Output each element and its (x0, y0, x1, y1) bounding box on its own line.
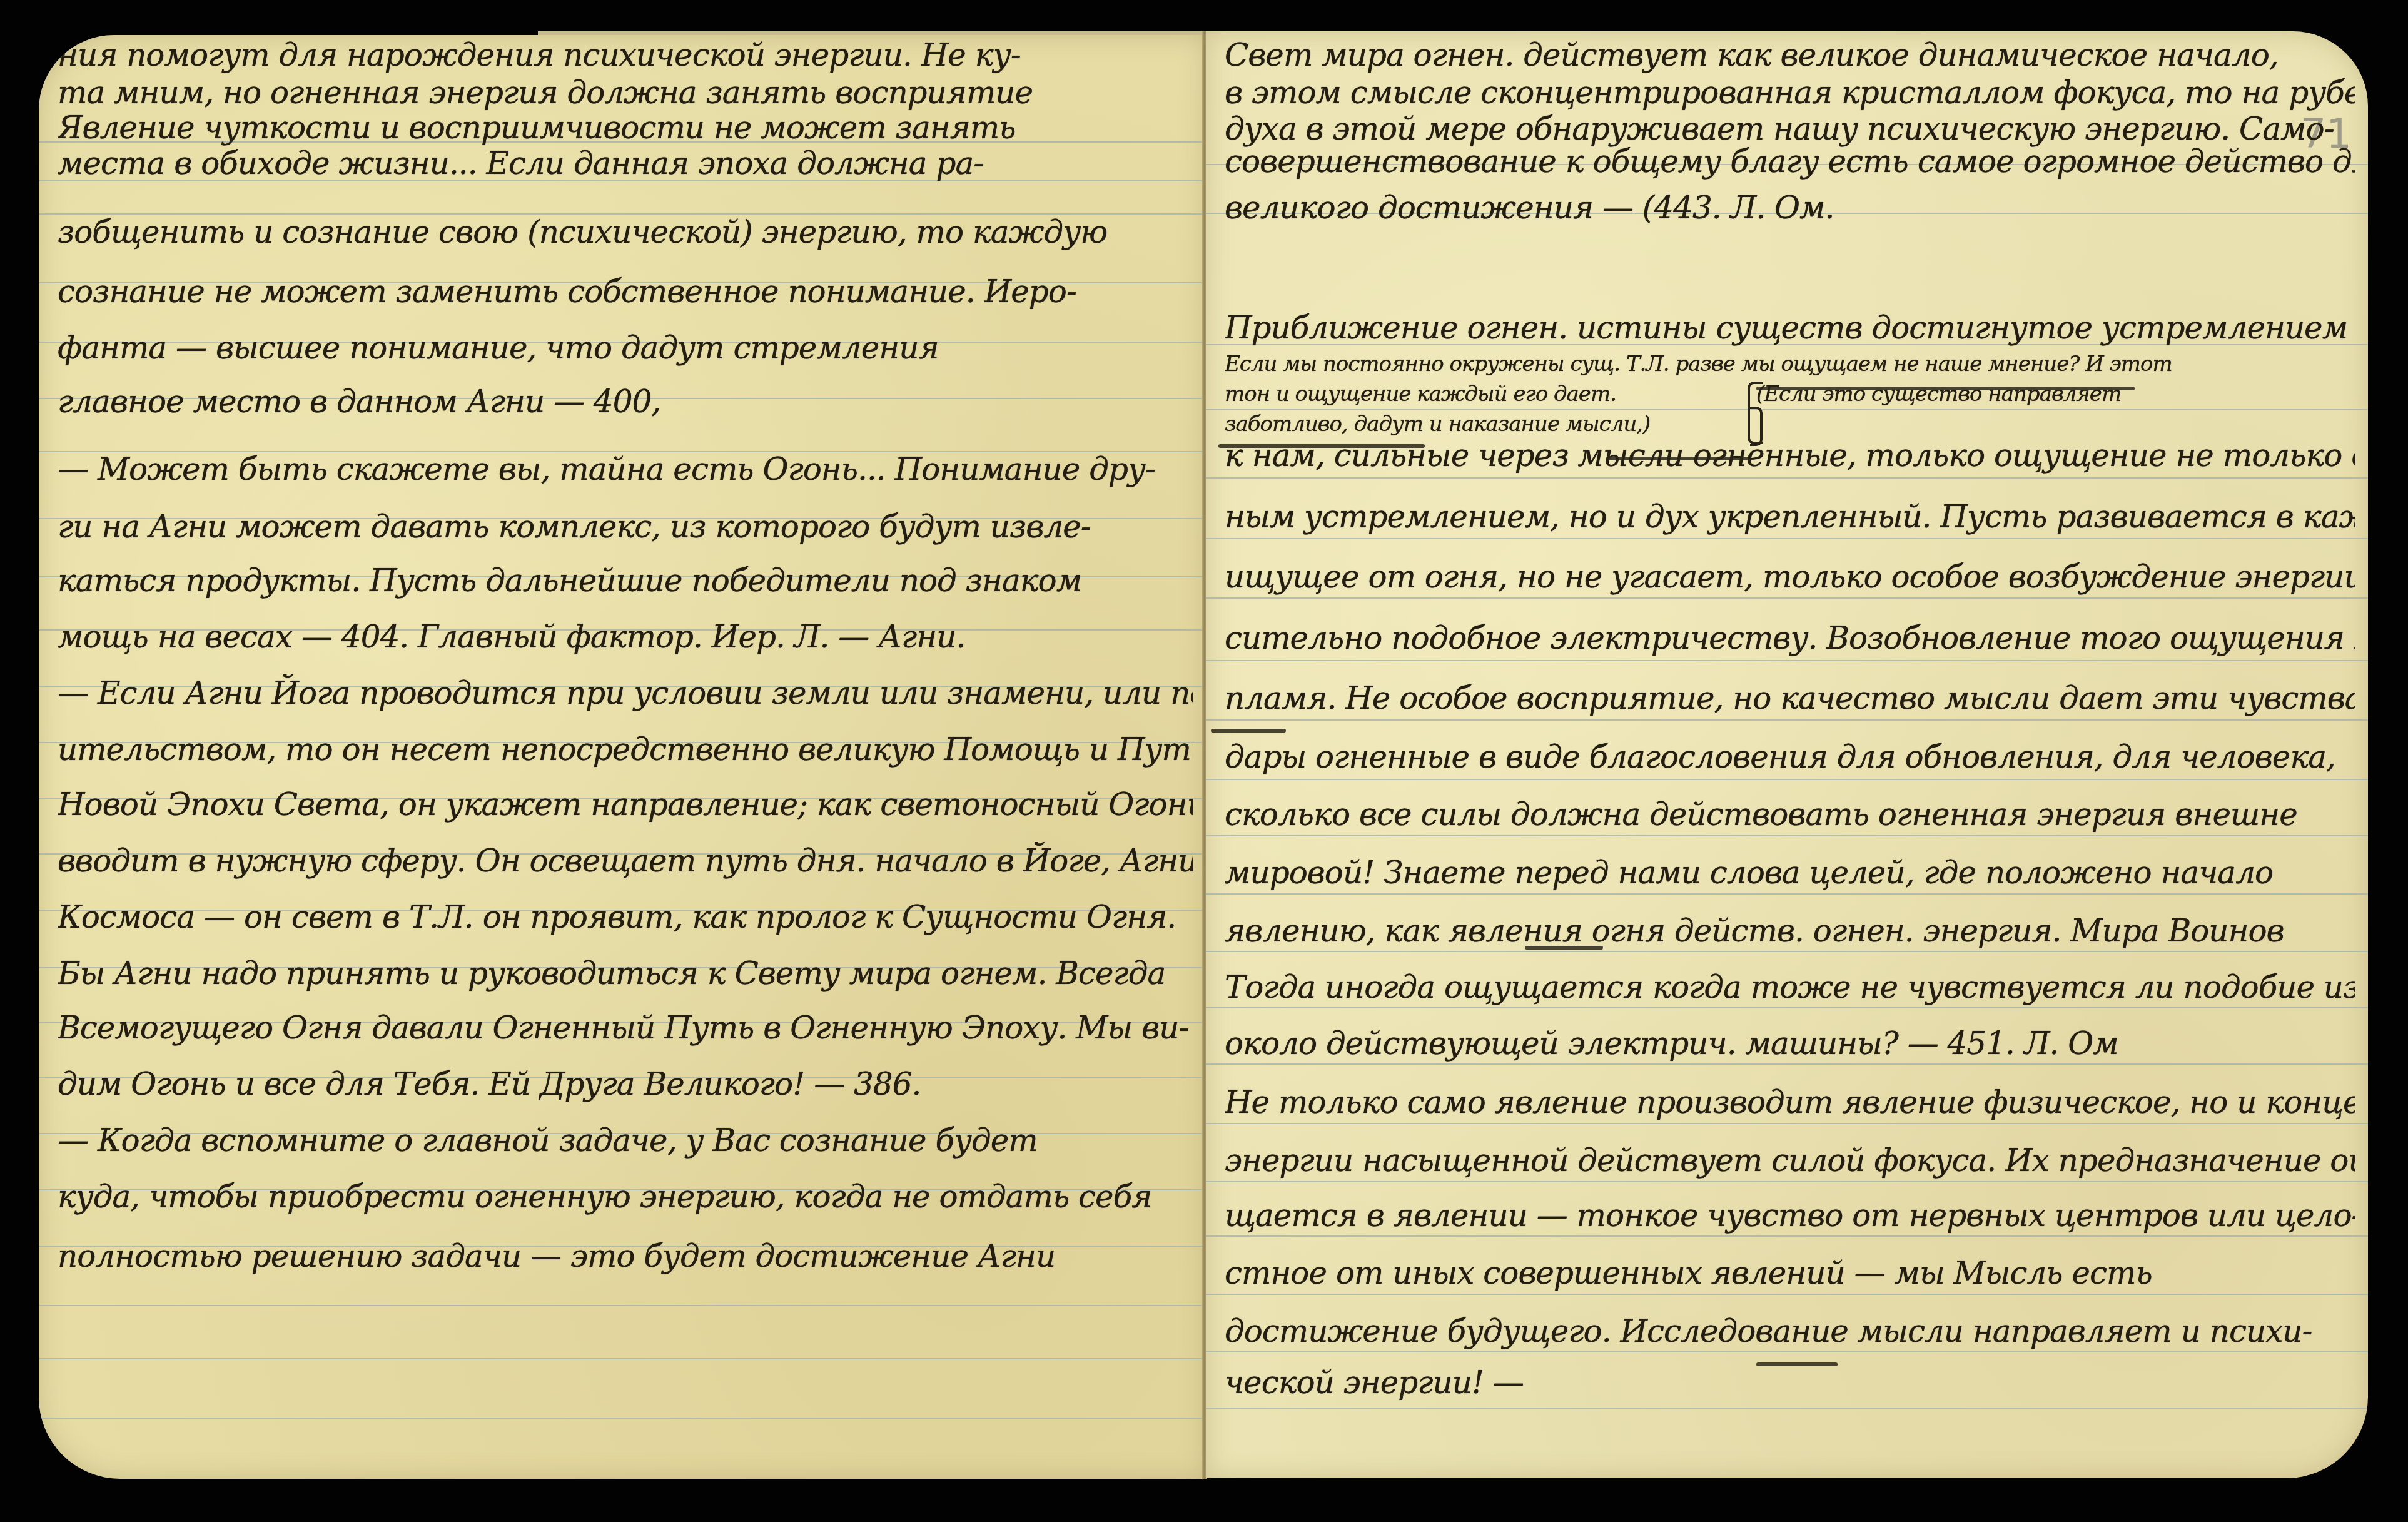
rule-line (1206, 719, 2368, 721)
rule-line (39, 1358, 1206, 1359)
text-line: Бы Агни надо принять и руководиться к Св… (58, 955, 1193, 992)
rule-line (1206, 1007, 2368, 1008)
right-page: 71 Свет мира огнен. действует как велико… (1206, 31, 2368, 1478)
text-line: Свет мира огнен. действует как великое д… (1225, 36, 2355, 74)
rule-line (39, 1305, 1206, 1306)
text-line: ищущее от огня, но не угасает, только ос… (1225, 558, 2355, 596)
text-line: великого достижения — (443. Л. Ом. (1225, 189, 2355, 226)
underline-mark (1756, 387, 2135, 390)
rule-line (1206, 1408, 2368, 1409)
text-line: полностью решению задачи — это будет дос… (58, 1237, 1193, 1275)
rule-line (1206, 951, 2368, 952)
bracket-close (1750, 407, 1763, 446)
underline-mark (1606, 457, 1750, 460)
rule-line (1206, 1123, 2368, 1124)
text-line: сколько все силы должна действовать огне… (1225, 796, 2355, 833)
text-line: Приближение огнен. истины существ достиг… (1225, 309, 2355, 347)
text-line: куда, чтобы приобрести огненную энергию,… (58, 1178, 1193, 1215)
text-line: в этом смысле сконцентрированная кристал… (1225, 74, 2355, 111)
text-line: тон и ощущение каждый его дает. (1225, 382, 1711, 407)
rule-line (1206, 597, 2368, 599)
text-line: вводит в нужную сферу. Он освещает путь … (58, 842, 1193, 880)
text-line: сознание не может заменить собственное п… (58, 273, 1193, 310)
rule-line (1206, 835, 2368, 836)
left-page: ния помогут для нарождения психической э… (39, 35, 1206, 1479)
text-line: мощь на весах — 404. Главный фактор. Иер… (58, 618, 1193, 656)
text-line: стное от иных совершенных явлений — мы М… (1225, 1254, 2355, 1292)
text-line: главное место в данном Агни — 400, (58, 383, 1193, 420)
rule-line (1206, 1235, 2368, 1237)
rule-line (1206, 1063, 2368, 1065)
text-line: к нам, сильные через мысли огненные, тол… (1225, 437, 2355, 474)
rule-line (1206, 779, 2368, 780)
text-line: сительно подобное электричеству. Возобно… (1225, 619, 2355, 657)
rule-line (1206, 538, 2368, 539)
underline-mark (1211, 729, 1286, 733)
text-line: каться продукты. Пусть дальнейшие победи… (58, 562, 1193, 599)
text-line: ния помогут для нарождения психической э… (58, 36, 1193, 74)
text-line: ческой энергии! — (1225, 1364, 2355, 1401)
text-line: места в обиходе жизни... Если данная эпо… (58, 145, 1193, 182)
rule-line (1206, 1351, 2368, 1352)
text-line: духа в этой мере обнаруживает нашу психи… (1225, 110, 2355, 148)
text-line: мировой! Знаете перед нами слова целей, … (1225, 854, 2355, 891)
text-line: дим Огонь и все для Тебя. Ей Друга Велик… (58, 1065, 1193, 1103)
text-line: Космоса — он свет в Т.Л. он проявит, как… (58, 898, 1193, 936)
rule-line (1206, 477, 2368, 479)
underline-mark (1756, 1362, 1838, 1366)
text-line: Не только само явление производит явлени… (1225, 1083, 2355, 1121)
underline-mark (1218, 444, 1425, 448)
text-line: пламя. Не особое восприятие, но качество… (1225, 679, 2355, 717)
text-line: — Может быть скажете вы, тайна есть Огон… (58, 450, 1193, 488)
notebook-spread: ния помогут для нарождения психической э… (0, 0, 2408, 1522)
text-line: совершенствование к общему благу есть са… (1225, 143, 2355, 180)
text-line: дары огненные в виде благословения для о… (1225, 738, 2355, 776)
rule-line (1206, 1294, 2368, 1295)
rule-line (1206, 409, 2368, 410)
text-line: ительством, то он несет непосредственно … (58, 731, 1193, 768)
text-line: Новой Эпохи Света, он укажет направление… (58, 786, 1193, 823)
text-line: Тогда иногда ощущается когда тоже не чув… (1225, 968, 2355, 1006)
text-line: щается в явлении — тонкое чувство от нер… (1225, 1197, 2355, 1234)
rule-line (39, 1418, 1206, 1419)
text-line: та мним, но огненная энергия должна заня… (58, 74, 1193, 111)
rule-line (1206, 660, 2368, 661)
text-line: энергии насыщенной действует силой фокус… (1225, 1142, 2355, 1179)
text-line: Всемогущего Огня давали Огненный Путь в … (58, 1009, 1193, 1047)
text-line: около действующей электрич. машины? — 45… (1225, 1025, 2355, 1062)
text-line: — Когда вспомните о главной задаче, у Ва… (58, 1122, 1193, 1159)
bracketed-note: заботливо, дадут и наказание мысли,) (1225, 412, 2355, 437)
text-line: ги на Агни может давать комплекс, из кот… (58, 508, 1193, 545)
underline-mark (1525, 946, 1603, 950)
bracketed-note: (Если это существо направляет (1756, 382, 2355, 407)
text-line: достижение будущего. Исследование мысли … (1225, 1312, 2355, 1350)
text-line: ным устремлением, но и дух укрепленный. … (1225, 498, 2355, 535)
text-line: Явление чуткости и восприимчивости не мо… (58, 109, 1193, 146)
rule-line (1206, 1181, 2368, 1182)
text-line: явлению, как явления огня действ. огнен.… (1225, 912, 2355, 950)
text-line: — Если Агни Йога проводится при условии … (58, 674, 1193, 712)
text-line: фанта — высшее понимание, что дадут стре… (58, 329, 1193, 367)
rule-line (1206, 893, 2368, 895)
text-line: зобщенить и сознание свою (психической) … (58, 213, 1193, 251)
text-line: Если мы постоянно окружены сущ. Т.Л. раз… (1225, 352, 2355, 377)
